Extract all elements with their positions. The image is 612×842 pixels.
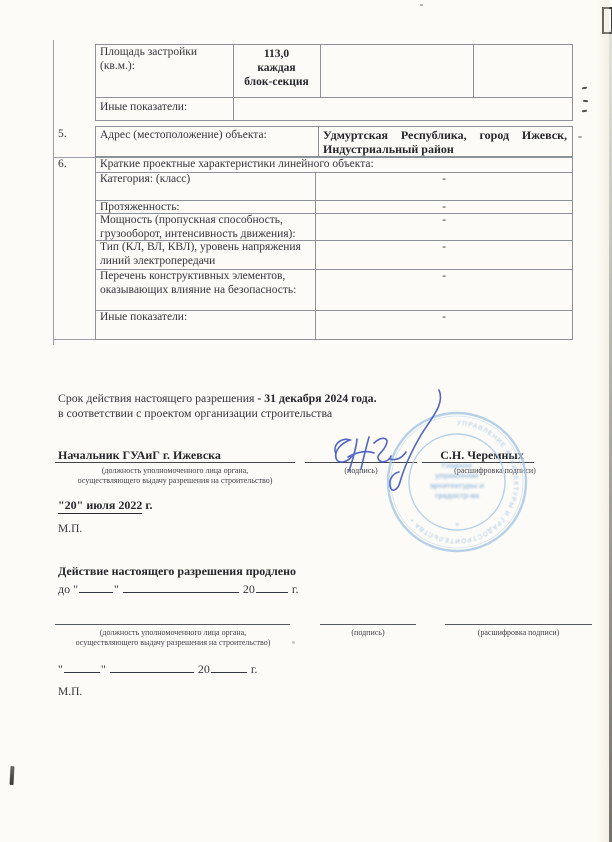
svg-text:УПРАВЛЕНИЕ АРХИТЕКТУРЫ И ГР: УПРАВЛЕНИЕ АРХИТЕКТУРЫ И ГРАДОСТРОИТЕЛЬС… — [409, 420, 519, 544]
validity-text: Срок действия настоящего разрешения — [58, 391, 257, 405]
table-address: Адрес (местоположение) объекта: Удмуртск… — [95, 126, 573, 157]
cell-capacity-label: Мощность (пропускная способность, грузоо… — [96, 214, 316, 240]
table-row: Перечень конструктивных элементов, оказы… — [96, 269, 572, 310]
stamp-center-line: архитектуры и — [430, 481, 484, 490]
prolongation-position-line — [55, 624, 290, 625]
cell-other-indicators-value — [234, 98, 572, 121]
scan-artifact-speck — [420, 4, 423, 6]
prolongation-caption-1: (должность уполномоченного лица органа, — [48, 628, 298, 638]
name-caption: (расшифровка подписи) — [420, 466, 570, 476]
cell-length-label: Протяженность: — [96, 201, 316, 213]
blank-month — [110, 660, 194, 673]
cell-address-label: Адрес (местоположение) объекта: — [96, 127, 319, 156]
cell-length-value: - — [316, 201, 572, 213]
cell-other-indicators-label: Иные показатели: — [96, 98, 234, 121]
issue-date: "20" июля 2022 г. — [58, 498, 152, 513]
cell-empty-2 — [474, 45, 572, 98]
blank-year — [256, 580, 288, 593]
signature-caption: (подпись) — [305, 466, 417, 476]
prolongation-sign-caption: (подпись) — [320, 628, 416, 638]
table-row: Тип (КЛ, ВЛ, КВЛ), уровень напряжения ли… — [96, 240, 572, 269]
cell-other-label: Иные показатели: — [96, 311, 316, 340]
blank-year — [211, 660, 247, 673]
name-underline — [422, 462, 534, 463]
cell-linear-header: Краткие проектные характеристики линейно… — [100, 158, 570, 172]
position-caption-2: осуществляющего выдачу разрешения на стр… — [48, 476, 302, 486]
table-row: Протяженность: - — [96, 200, 572, 213]
scan-artifact-dash — [583, 100, 588, 103]
cell-category-label: Категория: (класс) — [96, 173, 316, 200]
table-indicators: Площадь застройки (кв.м.): 113,0 каждая … — [95, 44, 573, 121]
blank-day — [79, 580, 113, 593]
blank-day — [64, 660, 100, 673]
prolongation-year-prefix: 20 — [198, 662, 210, 676]
table-row: Иные показатели: - — [96, 310, 572, 340]
cell-other-value: - — [316, 311, 572, 340]
quote-mark: " — [73, 582, 78, 596]
cell-line-type-value: - — [316, 241, 572, 269]
quote-mark: " — [101, 662, 106, 676]
quote-mark: " — [114, 582, 119, 596]
issue-date-suffix: г. — [142, 498, 152, 512]
cell-building-area-value: 113,0 каждая блок-секция — [234, 45, 321, 98]
cell-address-value: Удмуртская Республика, город Ижевск, Инд… — [319, 127, 572, 156]
scan-artifact-dash — [582, 87, 587, 90]
cell-structural-elements-label: Перечень конструктивных элементов, оказы… — [96, 270, 316, 310]
prolongation-blank-date: "" 20 г. — [58, 660, 257, 677]
validity-date: - 31 декабря 2024 года. — [257, 391, 376, 405]
position-underline — [55, 462, 295, 463]
round-stamp: УПРАВЛЕНИЕ АРХИТЕКТУРЫ И ГРАДОСТРОИТЕЛЬС… — [383, 408, 531, 556]
scan-artifact-staple-mark — [10, 766, 15, 785]
issue-date-underlined: "20" июля 2022 — [58, 498, 142, 514]
signature-line — [305, 462, 417, 463]
blank-month — [123, 580, 239, 593]
cell-line-type-label: Тип (КЛ, ВЛ, КВЛ), уровень напряжения ли… — [96, 241, 316, 269]
cell-empty-1 — [321, 45, 474, 98]
prolongation-year-prefix: 20 — [243, 582, 255, 596]
scan-artifact-dash — [582, 110, 587, 113]
prolongation-name-caption: (расшифровка подписи) — [445, 628, 592, 638]
stamp-place-label: М.П. — [58, 686, 82, 700]
prolongation-do: до — [58, 582, 70, 596]
signer-name: С.Н. Черемных — [422, 448, 542, 463]
prolongation-name-line — [445, 624, 592, 625]
svg-text:•: • — [456, 520, 459, 529]
prolongation-caption-2: осуществляющего выдачу разрешения на стр… — [48, 638, 298, 648]
row-number-6: 6. — [58, 158, 67, 172]
ruler-connector-bottom — [53, 339, 95, 340]
cell-building-area-label: Площадь застройки (кв.м.): — [96, 45, 234, 98]
prolongation-signature-line — [320, 624, 416, 625]
validity-line-1: Срок действия настоящего разрешения - 31… — [58, 392, 377, 406]
table-linear-object: Краткие проектные характеристики линейно… — [95, 157, 573, 340]
prolongation-g: г. — [292, 582, 299, 596]
scan-artifact-dash — [578, 136, 582, 138]
table-row: Мощность (пропускная способность, грузоо… — [96, 213, 572, 240]
cell-category-value: - — [316, 173, 572, 200]
row-number-5: 5. — [58, 128, 67, 142]
scan-artifact-speck — [292, 641, 295, 644]
quote-mark: " — [58, 662, 63, 676]
scanned-permit-page: 5. 6. Площадь застройки (кв.м.): 113,0 к… — [0, 0, 612, 842]
scan-page-edge-tint — [596, 0, 609, 842]
official-position: Начальник ГУАиГ г. Ижевска — [58, 448, 221, 463]
table-outer-left-border — [53, 40, 54, 345]
prolongation-g: г. — [251, 662, 258, 676]
stamp-rim-text: УПРАВЛЕНИЕ АРХИТЕКТУРЫ И ГРАДОСТРОИТЕЛЬС… — [409, 420, 519, 544]
position-caption-1: (должность уполномоченного лица органа, — [48, 466, 302, 476]
stamp-center-line: градостр-ва — [435, 491, 480, 500]
table-row: Категория: (класс) - — [96, 172, 572, 200]
validity-line-2: в соответствии с проектом организации ст… — [58, 407, 332, 421]
cell-structural-elements-value: - — [316, 270, 572, 310]
cell-capacity-value: - — [316, 214, 572, 240]
prolongation-date-line: до "" 20 г. — [58, 580, 299, 597]
prolongation-title: Действие настоящего разрешения продлено — [58, 564, 296, 579]
stamp-place-label: М.П. — [58, 523, 82, 537]
